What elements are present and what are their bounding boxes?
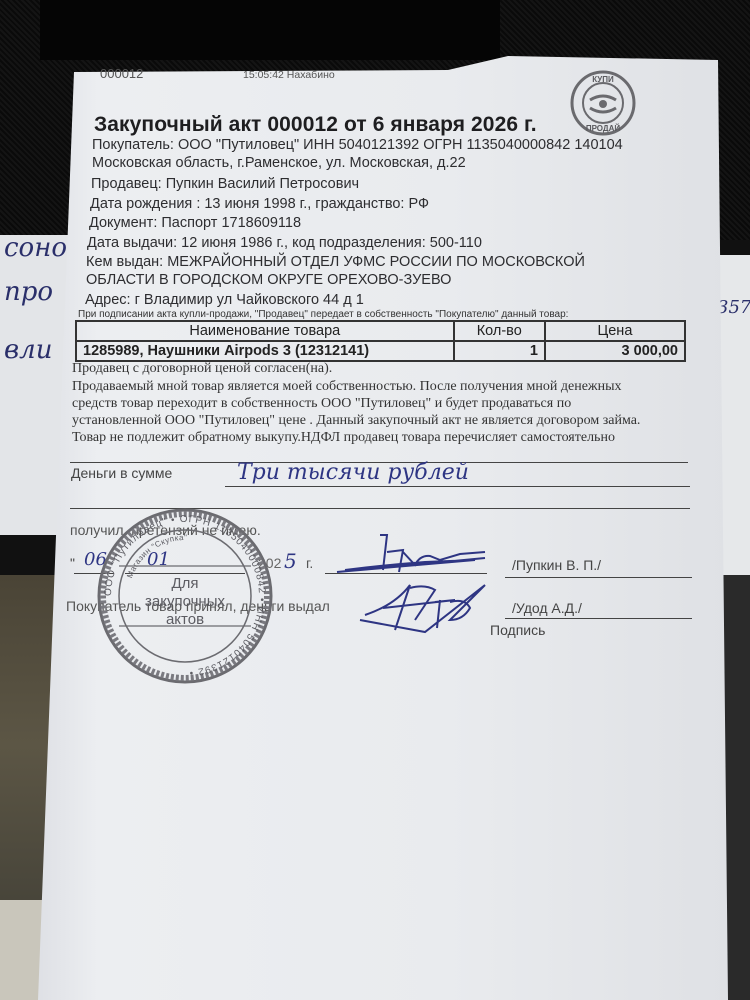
goods-table: Наименование товара Кол-во Цена 1285989,… — [75, 320, 686, 362]
item-price-cell: 3 000,00 — [545, 341, 685, 361]
seller-signature — [325, 530, 525, 580]
table-row: 1285989, Наушники Airpods 3 (12312141) 1… — [76, 341, 685, 361]
seller-id-document: Документ: Паспорт 1718609118 — [89, 215, 301, 231]
buyer-line-2: Московская область, г.Раменское, ул. Мос… — [92, 155, 466, 171]
money-amount-label: Деньги в сумме — [71, 465, 172, 481]
column-header-item: Наименование товара — [76, 321, 454, 341]
terms-line-1: Продаваемый мной товар является моей соб… — [72, 379, 621, 395]
stamp-center-line-3: актов — [166, 611, 204, 628]
time-place: 15:05:42 Нахабино — [243, 69, 335, 81]
year-suffix: г. — [306, 555, 313, 571]
id-issue-date: Дата выдачи: 12 июня 1986 г., код подраз… — [87, 235, 482, 251]
document-number: 000012 — [100, 66, 143, 81]
money-amount-line — [225, 486, 690, 487]
kupi-prodai-logo-icon: КУПИ ПРОДАЙ — [570, 70, 636, 136]
logo-text-bottom: ПРОДАЙ — [586, 124, 621, 133]
stamp-center-line-1: Для — [171, 575, 198, 592]
seller-name: Продавец: Пупкин Василий Петросович — [91, 176, 359, 192]
terms-line-4: Товар не подлежит обратному выкупу.НДФЛ … — [72, 430, 615, 446]
column-header-price: Цена — [545, 321, 685, 341]
date-year-handwritten: 5 — [284, 549, 297, 573]
goods-table-header: Наименование товара Кол-во Цена — [76, 321, 685, 341]
stamp-center-line-2: закупочных — [145, 593, 225, 610]
buyer-name-signature: /Удод А.Д./ — [512, 600, 582, 616]
purchase-act-document: 000012 15:05:42 Нахабино КУПИ ПРОДАЙ Зак… — [0, 0, 750, 1000]
company-stamp: ООО "Путиловец" • ОГРН 1135040000842 • И… — [97, 508, 273, 684]
transfer-note: При подписании акта купли-продажи, "Прод… — [78, 309, 568, 320]
seller-birth: Дата рождения : 13 июня 1998 г., граждан… — [90, 196, 429, 212]
terms-line-3: установленной ООО "Путиловец" цене . Дан… — [72, 413, 640, 429]
column-header-qty: Кол-во — [454, 321, 545, 341]
buyer-name-line — [505, 618, 692, 619]
issued-by-line-2: ОБЛАСТИ В ГОРОДСКОМ ОКРУГЕ ОРЕХОВО-ЗУЕВО — [86, 272, 451, 288]
terms-line-2: средств товар переходит в собственность … — [72, 396, 571, 412]
seller-address: Адрес: г Владимир ул Чайковского 44 д 1 — [85, 292, 364, 308]
document-title: Закупочный акт 000012 от 6 января 2026 г… — [94, 113, 537, 137]
seller-name-line — [505, 577, 692, 578]
buyer-line-1: Покупатель: ООО "Путиловец" ИНН 50401213… — [92, 137, 623, 153]
issued-by-line-1: Кем выдан: МЕЖРАЙОННЫЙ ОТДЕЛ УФМС РОССИИ… — [86, 254, 585, 270]
price-agreed-text: Продавец с договорной ценой согласен(на)… — [72, 361, 332, 377]
item-qty-cell: 1 — [454, 341, 545, 361]
money-amount-handwritten: Три тысячи рублей — [237, 460, 469, 485]
item-name-cell: 1285989, Наушники Airpods 3 (12312141) — [76, 341, 454, 361]
seller-name-signature: /Пупкин В. П./ — [512, 557, 601, 573]
logo-text-top: КУПИ — [592, 75, 614, 84]
buyer-signature — [355, 580, 505, 640]
